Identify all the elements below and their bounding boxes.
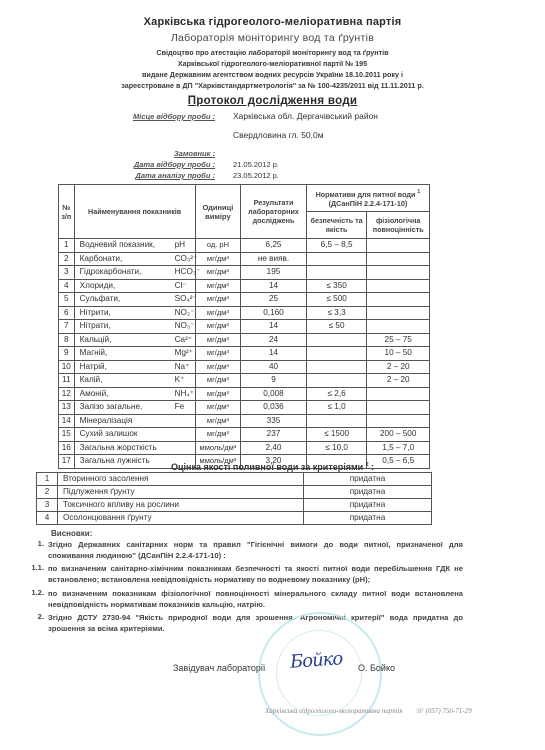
unit-cell: мг/дм³: [195, 279, 241, 293]
unit-cell: мг/дм³: [195, 266, 241, 280]
criterion-verdict: придатна: [304, 473, 432, 486]
result-cell: 195: [241, 266, 307, 280]
signature-label: Завідувач лабораторії: [173, 663, 265, 673]
unit-cell: мг/дм³: [195, 360, 241, 374]
indicator-cell: Карбонати,CO₃²⁻: [74, 252, 195, 266]
criterion-verdict: придатна: [304, 486, 432, 499]
table-row: 16Загальна жорсткістьммоль/дм³2,40≤ 10,0…: [59, 441, 430, 455]
sampling-date-value: 21.05.2012 р.: [233, 160, 279, 169]
result-cell: 0,008: [241, 387, 307, 401]
indicator-formula: K⁺: [175, 374, 185, 386]
footer-organization: Харківська гідрогеолого-меліоративна пар…: [265, 707, 402, 715]
certificate-line: видане Державним агентством водних ресур…: [0, 70, 545, 79]
safety-norm-cell: ≤ 50: [306, 320, 367, 334]
indicator-formula: CO₃²⁻: [175, 253, 198, 265]
document-title: Протокол дослідження води: [0, 95, 545, 107]
safety-norm-cell: ≤ 500: [306, 293, 367, 307]
table-row: 7Нітрати,NO₃⁻мг/дм³14≤ 50: [59, 320, 430, 334]
indicator-wrap: Карбонати,CO₃²⁻: [80, 253, 195, 265]
indicator-wrap: Залізо загальне,Fe: [80, 401, 195, 413]
safety-norm-cell: ≤ 10,0: [306, 441, 367, 455]
result-cell: 14: [241, 347, 307, 361]
table-row: 9Магній,Mg²⁺мг/дм³1410 – 50: [59, 347, 430, 361]
indicator-name: Сульфати,: [80, 294, 121, 303]
irrigation-title: Оцінка якості поливної води за критеріям…: [0, 462, 545, 472]
indicator-formula: HCO₃⁻: [175, 266, 201, 278]
organization-heading: Харківська гідрогеолого-меліоративна пар…: [0, 16, 545, 28]
irrigation-title-suffix: :: [368, 462, 374, 472]
result-cell: 14: [241, 279, 307, 293]
result-cell: 0,036: [241, 401, 307, 415]
result-cell: 6,25: [241, 239, 307, 253]
physio-norm-cell: 2 – 20: [367, 374, 430, 388]
document-title-text: Протокол дослідження води: [188, 95, 358, 107]
indicator-cell: Натрій,Na⁺: [74, 360, 195, 374]
conclusion-text: Згідно ДСТУ 2730-94 "Якість природної во…: [48, 612, 463, 634]
footer-phone: ☏ (057) 756-71-29: [415, 707, 472, 715]
indicator-cell: Гідрокарбонати,HCO₃⁻: [74, 266, 195, 280]
indicator-wrap: Магній,Mg²⁺: [80, 347, 195, 359]
criterion-name: Токсичного впливу на рослини: [58, 499, 304, 512]
indicator-name: Нітрити,: [80, 308, 111, 317]
indicator-wrap: Сухий залишок: [80, 428, 195, 440]
unit-cell: мг/дм³: [195, 428, 241, 442]
indicator-wrap: Гідрокарбонати,HCO₃⁻: [80, 266, 195, 278]
indicator-cell: Хлориди,Cl⁻: [74, 279, 195, 293]
header-result: Результати лабораторних досліджень: [241, 185, 307, 239]
criterion-name: Вторинного засолення: [58, 473, 304, 486]
result-cell: 237: [241, 428, 307, 442]
stamp-inner-ring: [276, 630, 362, 716]
indicator-formula: Fe: [175, 401, 185, 413]
table-row: 3Гідрокарбонати,HCO₃⁻мг/дм³195: [59, 266, 430, 280]
conclusions-heading: Висновки:: [51, 528, 92, 539]
unit-cell: мг/дм³: [195, 347, 241, 361]
row-num: 7: [59, 320, 75, 334]
indicator-cell: Сухий залишок: [74, 428, 195, 442]
result-cell: 2,40: [241, 441, 307, 455]
row-num: 8: [59, 333, 75, 347]
sampling-place-label: Місце відбору проби :: [115, 112, 215, 121]
official-stamp: [258, 612, 382, 736]
indicator-formula: Cl⁻: [175, 280, 187, 292]
signer-name: О. Бойко: [358, 663, 395, 673]
row-num: 2: [37, 486, 58, 499]
customer-label: Замовник :: [115, 149, 215, 158]
certificate-line: Харківської гідрогеолого-меліоративної п…: [0, 59, 545, 68]
indicator-name: Загальна жорсткість: [80, 443, 157, 452]
result-cell: не вияв.: [241, 252, 307, 266]
table-row: 15Сухий залишокмг/дм³237≤ 1500200 – 500: [59, 428, 430, 442]
unit-cell: мг/дм³: [195, 401, 241, 415]
safety-norm-cell: [306, 252, 367, 266]
table-row: 8Кальцій,Ca²⁺мг/дм³2425 – 75: [59, 333, 430, 347]
table-row: 13Залізо загальне,Feмг/дм³0,036≤ 1,0: [59, 401, 430, 415]
row-num: 4: [37, 512, 58, 525]
physio-norm-cell: [367, 306, 430, 320]
indicator-wrap: Хлориди,Cl⁻: [80, 280, 195, 292]
conclusion-number: 2.: [20, 612, 44, 621]
criterion-name: Підлуження ґрунту: [58, 486, 304, 499]
criterion-verdict: придатна: [304, 499, 432, 512]
row-num: 6: [59, 306, 75, 320]
indicator-wrap: Нітрати,NO₃⁻: [80, 320, 195, 332]
header-norms-footnote: 1: [417, 189, 420, 195]
table-row: 2Підлуження ґрунтупридатна: [37, 486, 432, 499]
safety-norm-cell: [306, 360, 367, 374]
indicator-name: Карбонати,: [80, 254, 123, 263]
indicator-name: Сухий залишок: [80, 429, 138, 438]
water-analysis-table: № з/п Найменування показників Одиниці ви…: [58, 184, 430, 469]
indicator-wrap: Мінералізація: [80, 415, 195, 427]
indicator-formula: Ca²⁺: [175, 334, 193, 346]
criterion-verdict: придатна: [304, 512, 432, 525]
row-num: 12: [59, 387, 75, 401]
indicator-wrap: Натрій,Na⁺: [80, 361, 195, 373]
row-num: 13: [59, 401, 75, 415]
row-num: 1: [59, 239, 75, 253]
row-num: 9: [59, 347, 75, 361]
indicator-cell: Нітрити,NO₂⁻: [74, 306, 195, 320]
row-num: 14: [59, 414, 75, 428]
indicator-name: Залізо загальне,: [80, 402, 143, 411]
irrigation-body: 1Вторинного засоленняпридатна2Підлуження…: [37, 473, 432, 525]
header-physio: фізіологічна повноцінність: [367, 212, 430, 239]
indicator-cell: Амоній,NH₄⁺: [74, 387, 195, 401]
table-row: 4Осолонцювання ґрунтупридатна: [37, 512, 432, 525]
indicator-formula: SO₄²⁻: [175, 293, 197, 305]
physio-norm-cell: 200 – 500: [367, 428, 430, 442]
safety-norm-cell: ≤ 2,6: [306, 387, 367, 401]
irrigation-title-text: Оцінка якості поливної води за критеріям…: [171, 462, 363, 472]
result-cell: 9: [241, 374, 307, 388]
indicator-name: Мінералізація: [80, 416, 133, 425]
sampling-date-label: Дата відбору проби :: [115, 160, 215, 169]
row-num: 15: [59, 428, 75, 442]
indicator-name: Кальцій,: [80, 335, 112, 344]
header-name: Найменування показників: [74, 185, 195, 239]
table-row: 6Нітрити,NO₂⁻мг/дм³0,160≤ 3,3: [59, 306, 430, 320]
indicator-name: Гідрокарбонати,: [80, 267, 142, 276]
indicator-name: Водневий показник,: [80, 240, 155, 249]
table-row: 4Хлориди,Cl⁻мг/дм³14≤ 350: [59, 279, 430, 293]
unit-cell: од. pH: [195, 239, 241, 253]
row-num: 3: [59, 266, 75, 280]
unit-cell: мг/дм³: [195, 333, 241, 347]
indicator-wrap: Калій,K⁺: [80, 374, 195, 386]
row-num: 2: [59, 252, 75, 266]
indicator-name: Хлориди,: [80, 281, 116, 290]
physio-norm-cell: [367, 401, 430, 415]
analysis-date-value: 23.05.2012 р.: [233, 171, 279, 180]
indicator-wrap: Кальцій,Ca²⁺: [80, 334, 195, 346]
physio-norm-cell: [367, 293, 430, 307]
conclusion-number: 1.2.: [20, 588, 44, 597]
safety-norm-cell: ≤ 3,3: [306, 306, 367, 320]
indicator-cell: Залізо загальне,Fe: [74, 401, 195, 415]
table-row: 12Амоній,NH₄⁺мг/дм³0,008≤ 2,6: [59, 387, 430, 401]
unit-cell: мг/дм³: [195, 320, 241, 334]
physio-norm-cell: 1,5 – 7,0: [367, 441, 430, 455]
indicator-cell: Нітрати,NO₃⁻: [74, 320, 195, 334]
safety-norm-cell: [306, 266, 367, 280]
safety-norm-cell: [306, 347, 367, 361]
safety-norm-cell: [306, 333, 367, 347]
certificate-line: Свідоцтво про атестацію лабораторії моні…: [0, 48, 545, 57]
analysis-date-label: Дата аналізу проби :: [115, 171, 215, 180]
row-num: 3: [37, 499, 58, 512]
conclusion-number: 1.: [20, 539, 44, 548]
indicator-name: Магній,: [80, 348, 108, 357]
indicator-wrap: Загальна жорсткість: [80, 442, 195, 454]
irrigation-table: 1Вторинного засоленняпридатна2Підлуження…: [36, 472, 432, 525]
table-row: 3Токсичного впливу на рослинипридатна: [37, 499, 432, 512]
row-num: 16: [59, 441, 75, 455]
unit-cell: мг/дм³: [195, 387, 241, 401]
physio-norm-cell: 10 – 50: [367, 347, 430, 361]
unit-cell: мг/дм³: [195, 374, 241, 388]
unit-cell: ммоль/дм³: [195, 441, 241, 455]
result-cell: 335: [241, 414, 307, 428]
criterion-name: Осолонцювання ґрунту: [58, 512, 304, 525]
indicator-name: Нітрати,: [80, 321, 111, 330]
indicator-cell: Магній,Mg²⁺: [74, 347, 195, 361]
indicator-cell: Загальна жорсткість: [74, 441, 195, 455]
conclusion-text: Згідно Державних санітарних норм та прав…: [48, 539, 463, 561]
indicator-wrap: Сульфати,SO₄²⁻: [80, 293, 195, 305]
certificate-line: зареєстроване в ДП "Харківстандартметрол…: [0, 81, 545, 90]
indicator-name: Натрій,: [80, 362, 107, 371]
physio-norm-cell: [367, 387, 430, 401]
row-num: 1: [37, 473, 58, 486]
table-row: 14Мінералізаціямг/дм³335: [59, 414, 430, 428]
physio-norm-cell: [367, 252, 430, 266]
safety-norm-cell: ≤ 350: [306, 279, 367, 293]
indicator-cell: Водневий показник,pH: [74, 239, 195, 253]
conclusion-number: 1.1.: [20, 563, 44, 572]
result-cell: 14: [241, 320, 307, 334]
indicator-formula: Mg²⁺: [175, 347, 193, 359]
indicator-formula: NO₂⁻: [175, 307, 195, 319]
safety-norm-cell: 6,5 – 8,5: [306, 239, 367, 253]
physio-norm-cell: [367, 279, 430, 293]
unit-cell: мг/дм³: [195, 252, 241, 266]
safety-norm-cell: ≤ 1500: [306, 428, 367, 442]
indicator-name: Амоній,: [80, 389, 109, 398]
handwritten-signature: Бойко: [289, 648, 343, 673]
result-cell: 25: [241, 293, 307, 307]
table-row: 1Вторинного засоленняпридатна: [37, 473, 432, 486]
indicator-wrap: Нітрити,NO₂⁻: [80, 307, 195, 319]
header-norms-doc: (ДСанПіН 2.2.4-171-10): [329, 199, 408, 208]
indicator-formula: Na⁺: [175, 361, 190, 373]
physio-norm-cell: [367, 320, 430, 334]
safety-norm-cell: ≤ 1,0: [306, 401, 367, 415]
unit-cell: мг/дм³: [195, 414, 241, 428]
laboratory-heading: Лабораторія моніторингу вод та ґрунтів: [0, 32, 545, 44]
physio-norm-cell: [367, 239, 430, 253]
indicator-cell: Сульфати,SO₄²⁻: [74, 293, 195, 307]
table-row: 2Карбонати,CO₃²⁻мг/дм³не вияв.: [59, 252, 430, 266]
header-norms: Нормативи для питної води 1 (ДСанПіН 2.2…: [306, 185, 429, 212]
header-unit: Одиниці виміру: [195, 185, 241, 239]
row-num: 4: [59, 279, 75, 293]
table-row: 10Натрій,Na⁺мг/дм³402 – 20: [59, 360, 430, 374]
indicator-wrap: Водневий показник,pH: [80, 239, 195, 251]
result-cell: 40: [241, 360, 307, 374]
safety-norm-cell: [306, 414, 367, 428]
row-num: 10: [59, 360, 75, 374]
unit-cell: мг/дм³: [195, 293, 241, 307]
physio-norm-cell: 2 – 20: [367, 360, 430, 374]
indicator-wrap: Амоній,NH₄⁺: [80, 388, 195, 400]
conclusion-text: по визначеним санітарно-хімічним показни…: [48, 563, 463, 585]
indicator-cell: Мінералізація: [74, 414, 195, 428]
indicator-formula: pH: [175, 239, 185, 251]
indicator-cell: Кальцій,Ca²⁺: [74, 333, 195, 347]
indicator-name: Калій,: [80, 375, 103, 384]
indicator-formula: NO₃⁻: [175, 320, 195, 332]
row-num: 5: [59, 293, 75, 307]
physio-norm-cell: 25 – 75: [367, 333, 430, 347]
result-cell: 0,160: [241, 306, 307, 320]
water-analysis-body: 1Водневий показник,pHод. pH6,256,5 – 8,5…: [59, 239, 430, 469]
header-safety: безпечність та якість: [306, 212, 367, 239]
table-row: 11Калій,K⁺мг/дм³92 – 20: [59, 374, 430, 388]
result-cell: 24: [241, 333, 307, 347]
indicator-formula: NH₄⁺: [175, 388, 195, 400]
sampling-place-value: Харківська обл. Дергачівський район: [233, 111, 378, 121]
physio-norm-cell: [367, 266, 430, 280]
safety-norm-cell: [306, 374, 367, 388]
row-num: 11: [59, 374, 75, 388]
table-row: 5Сульфати,SO₄²⁻мг/дм³25≤ 500: [59, 293, 430, 307]
header-norms-title: Нормативи для питної води: [316, 190, 416, 199]
table-row: 1Водневий показник,pHод. pH6,256,5 – 8,5: [59, 239, 430, 253]
well-value: Свердловина гл. 50,0м: [233, 130, 324, 140]
unit-cell: мг/дм³: [195, 306, 241, 320]
conclusion-text: по визначеним показникам фізіологічної п…: [48, 588, 463, 610]
indicator-cell: Калій,K⁺: [74, 374, 195, 388]
header-num: № з/п: [59, 185, 75, 239]
physio-norm-cell: [367, 414, 430, 428]
